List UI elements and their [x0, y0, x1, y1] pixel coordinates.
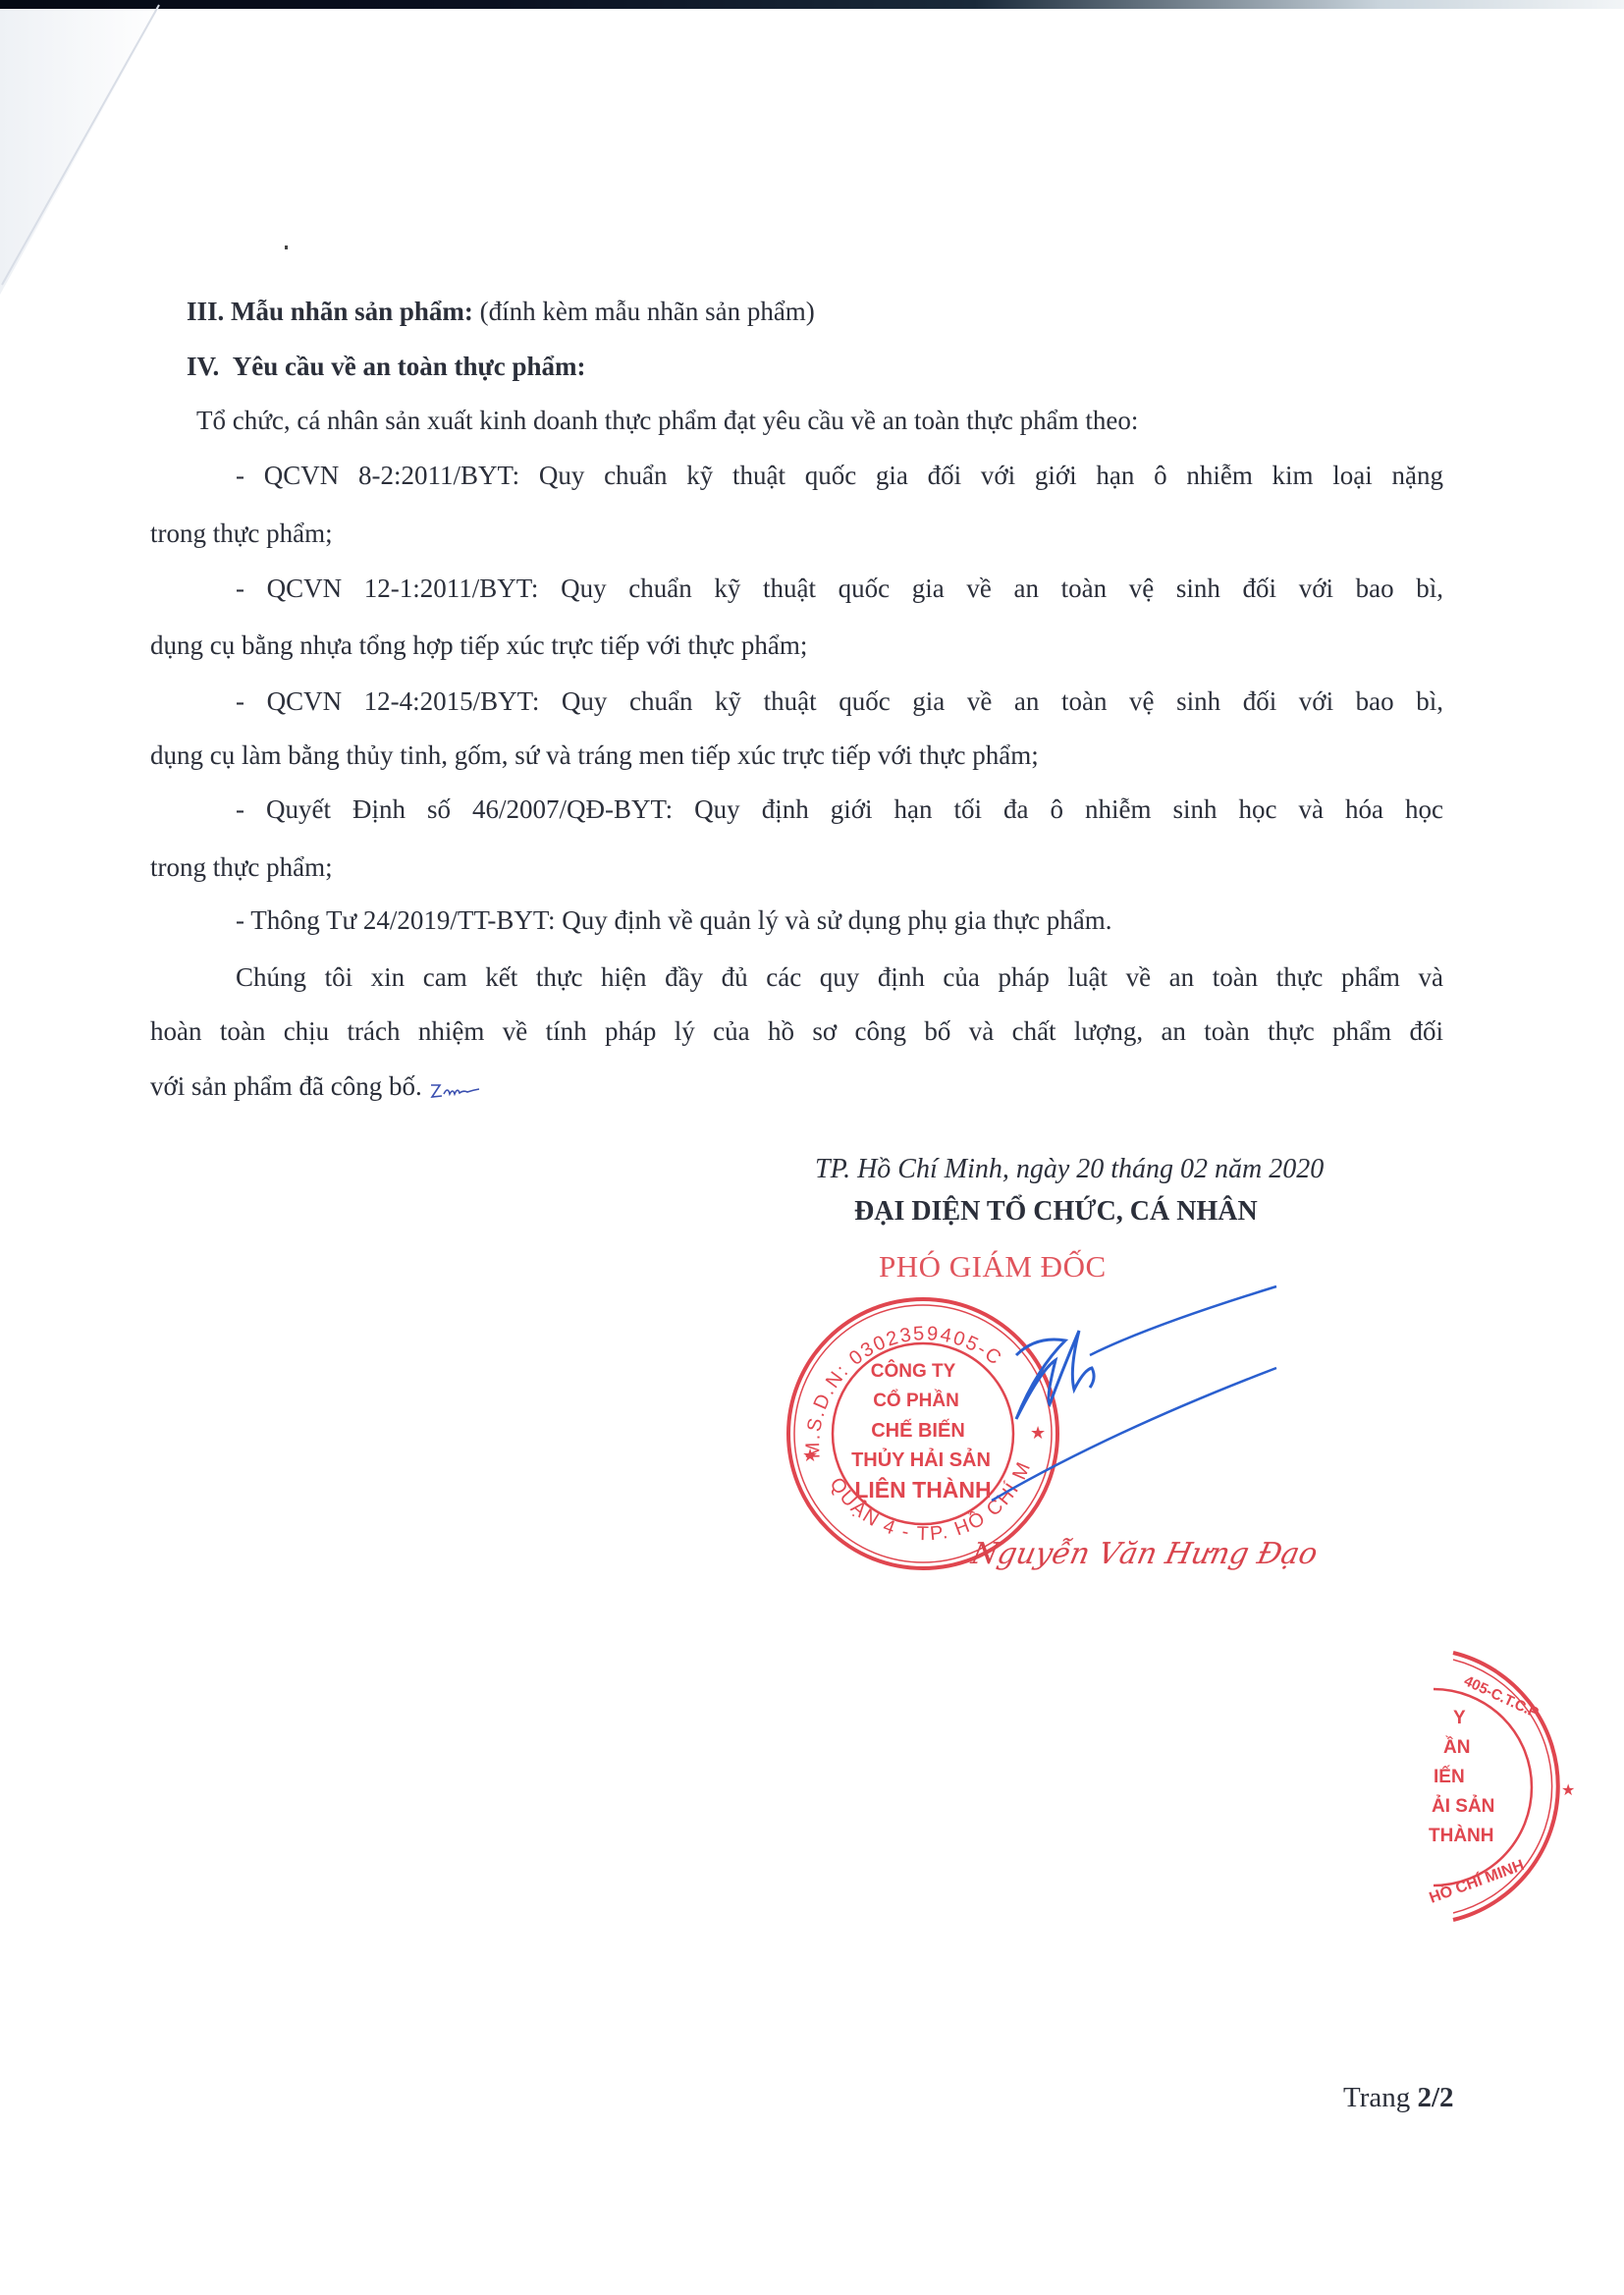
signer-name: Nguyễn Văn Hưng Đạo [968, 1537, 1321, 1571]
commitment-line2: hoàn toàn chịu trách nhiệm về tính pháp … [150, 1014, 1443, 1048]
scan-top-edge [0, 0, 1624, 9]
page-fold-line [0, 5, 167, 290]
section-iii-number: III. [187, 297, 224, 326]
page-value: 2/2 [1417, 2082, 1453, 2113]
section-iii-title: Mẫu nhãn sản phẩm: [231, 297, 473, 326]
page-label: Trang [1343, 2082, 1410, 2113]
partial-stamp-inner-5: THÀNH [1429, 1825, 1494, 1846]
commitment-line1: Chúng tôi xin cam kết thực hiện đầy đủ c… [236, 960, 1443, 994]
initials-mark-icon [428, 1077, 487, 1101]
stamp-star-left-icon: ★ [802, 1446, 818, 1465]
regulation-4-line1: - Quyết Định số 46/2007/QĐ-BYT: Quy định… [236, 792, 1443, 826]
regulation-4-line2: trong thực phẩm; [150, 850, 333, 884]
stamp-inner-1: CÔNG TY [871, 1360, 956, 1382]
section-iv-number: IV. [187, 352, 219, 381]
stamp-inner-3: CHẾ BIẾN [871, 1419, 965, 1442]
section-iv-title: Yêu cầu về an toàn thực phẩm: [233, 352, 586, 381]
handwritten-signature [952, 1277, 1276, 1512]
partial-stamp-inner-4: ẢI SẢN [1432, 1795, 1494, 1817]
partial-stamp: ★ Y ẦN IẾN ẢI SẢN THÀNH 405-C.T.C.P HỒ C… [1414, 1650, 1624, 1944]
section-iv: IV. Yêu cầu về an toàn thực phẩm: [187, 350, 586, 383]
commitment-line3: với sản phẩm đã công bố. [150, 1069, 487, 1103]
regulation-3-line1: - QCVN 12-4:2015/BYT: Quy chuẩn kỹ thuật… [236, 684, 1443, 718]
place-date: TP. Hồ Chí Minh, ngày 20 tháng 02 năm 20… [815, 1154, 1324, 1185]
partial-stamp-inner-2: ẦN [1443, 1736, 1470, 1758]
partial-stamp-star-icon: ★ [1561, 1782, 1575, 1799]
regulation-3-line2: dụng cụ làm bằng thủy tinh, gốm, sứ và t… [150, 738, 1039, 772]
section-iii-note: (đính kèm mẫu nhãn sản phẩm) [480, 297, 815, 326]
regulation-1-line1: - QCVN 8-2:2011/BYT: Quy chuẩn kỹ thuật … [236, 459, 1443, 492]
regulation-2-line1: - QCVN 12-1:2011/BYT: Quy chuẩn kỹ thuật… [236, 572, 1443, 605]
page-number: Trang 2/2 [1343, 2082, 1454, 2114]
section-iii: III. Mẫu nhãn sản phẩm: (đính kèm mẫu nh… [187, 295, 815, 328]
regulation-2-line2: dụng cụ bằng nhựa tổng hợp tiếp xúc trực… [150, 628, 807, 662]
commitment-line3-text: với sản phẩm đã công bố. [150, 1071, 422, 1101]
regulation-5-line1: - Thông Tư 24/2019/TT-BYT: Quy định về q… [236, 903, 1111, 937]
intro-text: Tổ chức, cá nhân sản xuất kinh doanh thự… [196, 404, 1138, 437]
scan-speck [285, 246, 288, 249]
partial-stamp-inner-3: IẾN [1434, 1766, 1465, 1787]
representative-title: ĐẠI DIỆN TỔ CHỨC, CÁ NHÂN [854, 1196, 1258, 1228]
regulation-1-line2: trong thực phẩm; [150, 517, 333, 550]
partial-stamp-inner-1: Y [1453, 1708, 1466, 1728]
stamp-inner-2: CỔ PHẦN [873, 1390, 959, 1411]
